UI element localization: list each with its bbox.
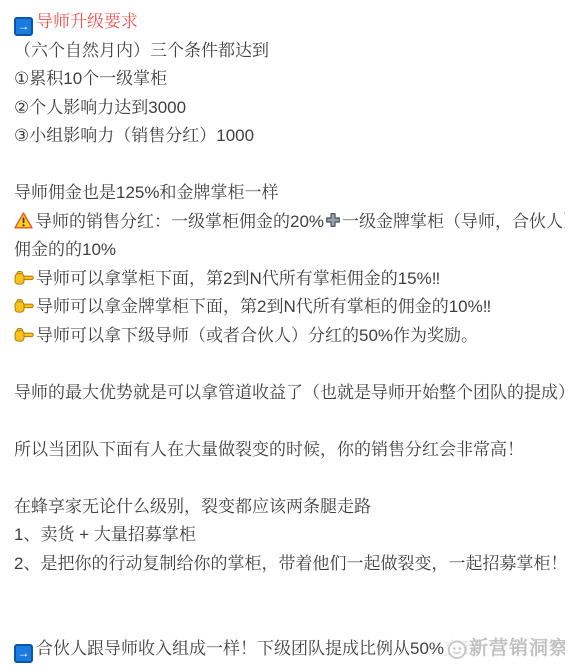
partner-line-text: 合伙人跟导师收入组成一样！下级团队提成比例从50%变到 <box>36 639 478 658</box>
finger-line-2: 导师可以拿金牌掌柜下面，第2到N代所有掌柜的佣金的10%‼ <box>14 293 565 322</box>
condition-item-3: ③小组影响力（销售分红）1000 <box>14 122 565 151</box>
commission-line: 导师佣金也是125%和金牌掌柜一样 <box>14 179 565 208</box>
arrow-right-box-icon: → <box>14 644 33 663</box>
finger-line-3: 导师可以拿下级导师（或者合伙人）分红的50%作为奖励。 <box>14 322 565 351</box>
two-legs-intro: 在蜂享家无论什么级别，裂变都应该两条腿走路 <box>14 493 565 522</box>
dividend-line-1: 导师的销售分红：一级掌柜佣金的20% 一级金牌掌柜（导师，合伙人） <box>14 208 565 237</box>
dividend-text-before-plus: 导师的销售分红：一级掌柜佣金的20% <box>35 212 324 231</box>
dividend-line-2: 佣金的的10% <box>14 236 565 265</box>
section-heading: →导师升级要求 <box>14 8 565 37</box>
dividend-text-after-plus: 一级金牌掌柜（导师，合伙人） <box>342 212 565 231</box>
fission-line: 所以当团队下面有人在大量做裂变的时候，你的销售分红会非常高！ <box>14 436 565 465</box>
condition-item-1: ①累积10个一级掌柜 <box>14 65 565 94</box>
finger-line-text: 导师可以拿下级导师（或者合伙人）分红的50%作为奖励。 <box>36 326 478 345</box>
watermark-logo-icon <box>447 639 467 659</box>
blank-line <box>14 151 565 180</box>
condition-item-2: ②个人影响力达到3000 <box>14 94 565 123</box>
blank-line <box>14 464 565 493</box>
warning-icon <box>14 212 33 229</box>
pointing-finger-icon <box>14 327 34 343</box>
blank-line <box>14 578 565 607</box>
arrow-right-box-icon: → <box>14 17 33 36</box>
plus-icon <box>325 212 341 228</box>
blank-line <box>14 350 565 379</box>
section-heading-text: 导师升级要求 <box>36 12 138 31</box>
intro-line: （六个自然月内）三个条件都达到 <box>14 37 565 66</box>
partner-line: →合伙人跟导师收入组成一样！下级团队提成比例从50%变到 新营销洞察 <box>14 635 565 664</box>
finger-line-text: 导师可以拿金牌掌柜下面，第2到N代所有掌柜的佣金的10%‼ <box>36 297 491 316</box>
finger-line-1: 导师可以拿掌柜下面，第2到N代所有掌柜佣金的15%‼ <box>14 265 565 294</box>
pointing-finger-icon <box>14 298 34 314</box>
pointing-finger-icon <box>14 270 34 286</box>
blank-line <box>14 407 565 436</box>
advantage-line: 导师的最大优势就是可以拿管道收益了（也就是导师开始整个团队的提成） <box>14 379 565 408</box>
blank-line <box>14 607 565 636</box>
finger-line-text: 导师可以拿掌柜下面，第2到N代所有掌柜佣金的15%‼ <box>36 269 440 288</box>
two-legs-item-2: 2、是把你的行动复制给你的掌柜，带着他们一起做裂变，一起招募掌柜！ <box>14 550 565 579</box>
watermark-text: 新营销洞察 <box>469 635 565 664</box>
two-legs-item-1: 1、卖货 + 大量招募掌柜 <box>14 521 565 550</box>
watermark: 新营销洞察 <box>445 635 565 664</box>
article-body: →导师升级要求 （六个自然月内）三个条件都达到 ①累积10个一级掌柜 ②个人影响… <box>0 0 571 664</box>
